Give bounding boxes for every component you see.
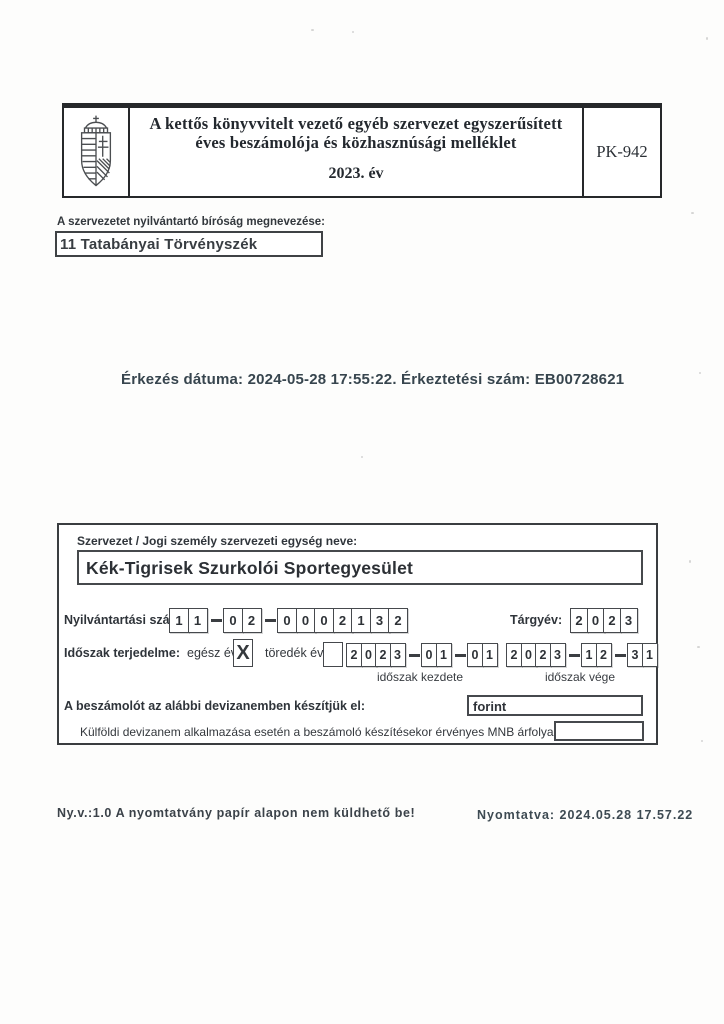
period-label: Időszak terjedelme: [64,646,180,660]
full-year-checkbox: X [233,639,253,667]
period-start-boxes: 2 0 2 3 0 1 0 1 [346,643,498,667]
scan-speckle [311,29,314,31]
form-title-line2: éves beszámolója és közhasznúsági mellék… [130,133,582,152]
scan-speckle [361,456,363,458]
digit-box: 1 [436,643,452,667]
scan-speckle [706,37,708,40]
dash-separator [569,654,580,657]
digit-box: 1 [188,608,208,633]
digit-box: 0 [587,608,605,633]
target-year-boxes: 2 0 2 3 [570,608,638,633]
scan-speckle [697,646,700,648]
scan-speckle [701,740,703,742]
dash-separator [265,619,276,622]
digit-box: 2 [333,608,353,633]
mnb-rate-value [556,723,642,725]
target-year-label: Tárgyév: [510,613,562,627]
mnb-rate-field [554,721,644,741]
digit-box: 3 [620,608,638,633]
registration-number-boxes: 1 1 0 2 0 0 0 2 1 3 2 [169,608,408,633]
digit-box: 0 [223,608,243,633]
digit-box: 1 [482,643,498,667]
emblem-cell [64,108,130,196]
dash-separator [211,619,222,622]
scan-speckle [691,212,694,214]
form-code: PK-942 [596,142,647,162]
org-name-label: Szervezet / Jogi személy szervezeti egys… [77,534,357,548]
full-year-label: egész év [187,646,237,660]
currency-value: forint [469,697,641,714]
form-code-cell: PK-942 [584,108,660,196]
digit-box: 0 [296,608,316,633]
digit-box: 3 [550,643,566,667]
currency-label: A beszámolót az alábbi devizanemben kész… [64,699,365,713]
fraction-year-checkbox [323,642,343,667]
fraction-year-label: töredék év [265,646,323,660]
court-field: 11 Tatabányai Törvényszék [55,231,323,257]
digit-box: 1 [642,643,658,667]
period-start-caption: időszak kezdete [346,670,494,684]
dash-separator [455,654,466,657]
digit-box: 2 [603,608,621,633]
digit-box: 2 [570,608,588,633]
full-year-checkbox-mark: X [236,642,249,665]
court-label: A szervezetet nyilvántartó bíróság megne… [57,216,325,228]
scan-speckle [699,372,701,374]
footer-printed-timestamp: Nyomtatva: 2024.05.28 17.57.22 [477,808,693,822]
hungarian-coat-of-arms-icon [73,114,119,190]
digit-box: 0 [277,608,297,633]
footer-version-note: Ny.v.:1.0 A nyomtatvány papír alapon nem… [57,806,415,820]
arrival-stamp: Érkezés dátuma: 2024-05-28 17:55:22. Érk… [121,371,624,388]
scan-speckle [352,31,354,33]
scan-speckle [689,560,691,563]
mnb-rate-label: Külföldi devizanem alkalmazása esetén a … [80,725,564,739]
digit-box: 2 [242,608,262,633]
period-end-caption: időszak vége [506,670,654,684]
court-value: 11 Tatabányai Törvényszék [57,233,321,253]
period-end-boxes: 2 0 2 3 1 2 3 1 [506,643,658,667]
digit-box: 1 [169,608,189,633]
org-name-field: Kék-Tigrisek Szurkolói Sportegyesület [77,550,643,585]
dash-separator [409,654,420,657]
form-title-line1: A kettős könyvvitelt vezető egyéb szerve… [130,114,582,133]
registration-number-label: Nyilvántartási szám: [64,613,185,627]
digit-box: 2 [596,643,612,667]
digit-box: 1 [351,608,371,633]
currency-field: forint [467,695,643,716]
form-year: 2023. év [130,165,582,183]
dash-separator [615,654,626,657]
organization-form-section: Szervezet / Jogi személy szervezeti egys… [57,523,658,745]
form-header: A kettős könyvvitelt vezető egyéb szerve… [62,103,662,198]
digit-box: 0 [314,608,334,633]
digit-box: 2 [388,608,408,633]
header-title-cell: A kettős könyvvitelt vezető egyéb szerve… [130,108,584,196]
digit-box: 3 [390,643,406,667]
org-name-value: Kék-Tigrisek Szurkolói Sportegyesület [79,552,641,579]
digit-box: 3 [370,608,390,633]
